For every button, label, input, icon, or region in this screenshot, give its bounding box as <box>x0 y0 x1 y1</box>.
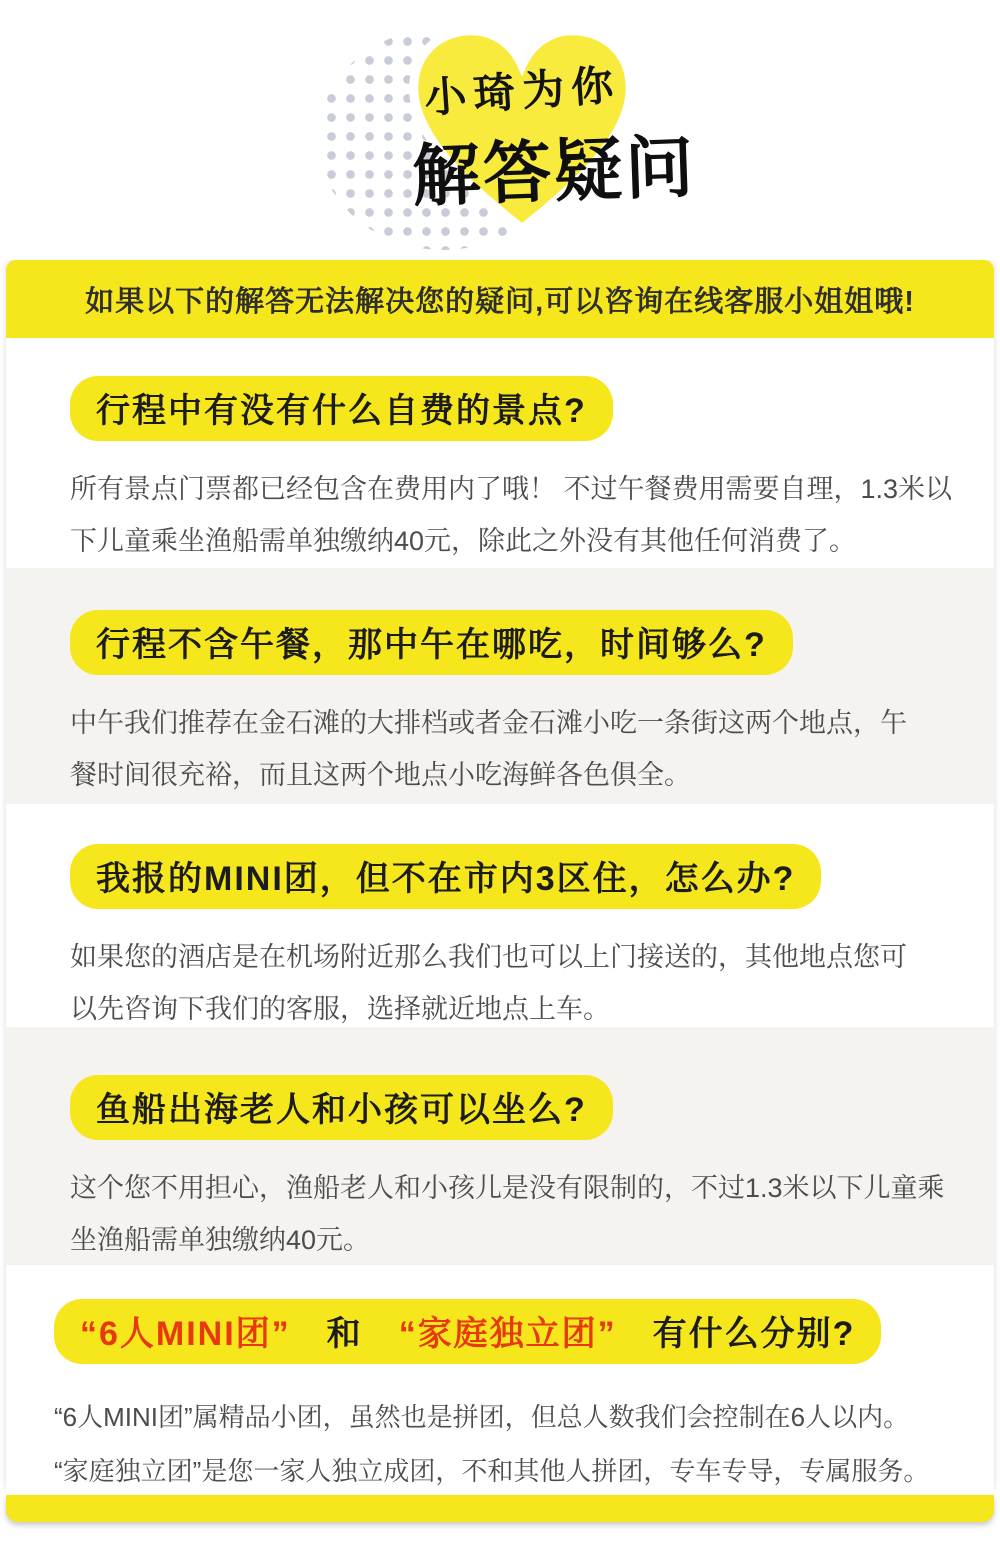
answer-line: 下儿童乘坐渔船需单独缴纳40元，除此之外没有其他任何消费了。 <box>70 515 944 567</box>
question-text-5-part-dark-2: 有什么分别? <box>617 1315 856 1353</box>
question-highlight-3: 我报的MINI团，但不在市内3区住，怎么办? <box>70 844 821 909</box>
hero-title: 解答疑问 <box>410 113 697 220</box>
question-text-1: 行程中有没有什么自费的景点? <box>96 392 587 430</box>
answer-line: “家庭独立团”是您一家人独立成团，不和其他人拼团，专车专导，专属服务。 <box>54 1444 944 1498</box>
question-highlight-2: 行程不含午餐，那中午在哪吃，时间够么? <box>70 610 793 675</box>
question-highlight-5: “6人MINI团” 和 “家庭独立团” 有什么分别? <box>54 1299 881 1364</box>
hero-header: 小琦为你 解答疑问 <box>0 0 1000 260</box>
faq-item-2: 行程不含午餐，那中午在哪吃，时间够么? 中午我们推荐在金石滩的大排档或者金石滩小… <box>6 568 994 804</box>
faq-card: 如果以下的解答无法解决您的疑问,可以咨询在线客服小姐姐哦! 行程中有没有什么自费… <box>6 260 994 1495</box>
answer-4: 这个您不用担心，渔船老人和小孩儿是没有限制的，不过1.3米以下儿童乘 坐渔船需单… <box>70 1162 944 1266</box>
question-highlight-1: 行程中有没有什么自费的景点? <box>70 376 613 441</box>
question-text-3: 我报的MINI团，但不在市内3区住，怎么办? <box>96 860 795 898</box>
answer-line: 所有景点门票都已经包含在费用内了哦！ 不过午餐费用需要自理，1.3米以 <box>70 463 944 515</box>
question-text-5-part-dark-1: 和 <box>291 1315 399 1353</box>
faq-item-5: “6人MINI团” 和 “家庭独立团” 有什么分别? “6人MINI团”属精品小… <box>6 1265 994 1495</box>
answer-line: 坐渔船需单独缴纳40元。 <box>70 1214 944 1266</box>
faq-item-1: 行程中有没有什么自费的景点? 所有景点门票都已经包含在费用内了哦！ 不过午餐费用… <box>6 338 994 568</box>
answer-3: 如果您的酒店是在机场附近那么我们也可以上门接送的，其他地点您可 以先咨询下我们的… <box>70 931 944 1035</box>
answer-5: “6人MINI团”属精品小团，虽然也是拼团，但总人数我们会控制在6人以内。 “家… <box>54 1390 944 1498</box>
question-text-5-part-red-1: “6人MINI团” <box>80 1315 291 1353</box>
faq-item-4: 鱼船出海老人和小孩可以坐么? 这个您不用担心，渔船老人和小孩儿是没有限制的，不过… <box>6 1027 994 1265</box>
answer-1: 所有景点门票都已经包含在费用内了哦！ 不过午餐费用需要自理，1.3米以 下儿童乘… <box>70 463 944 567</box>
faq-item-3: 我报的MINI团，但不在市内3区住，怎么办? 如果您的酒店是在机场附近那么我们也… <box>6 804 994 1027</box>
answer-line: 这个您不用担心，渔船老人和小孩儿是没有限制的，不过1.3米以下儿童乘 <box>70 1162 944 1214</box>
answer-line: 中午我们推荐在金石滩的大排档或者金石滩小吃一条街这两个地点，午 <box>70 697 944 749</box>
footer-accent-bar <box>6 1495 994 1522</box>
question-text-2: 行程不含午餐，那中午在哪吃，时间够么? <box>96 626 767 664</box>
question-text-4: 鱼船出海老人和小孩可以坐么? <box>96 1091 587 1129</box>
question-highlight-4: 鱼船出海老人和小孩可以坐么? <box>70 1075 613 1140</box>
notice-banner: 如果以下的解答无法解决您的疑问,可以咨询在线客服小姐姐哦! <box>6 260 994 338</box>
answer-2: 中午我们推荐在金石滩的大排档或者金石滩小吃一条街这两个地点，午 餐时间很充裕，而… <box>70 697 944 801</box>
question-text-5-part-red-2: “家庭独立团” <box>399 1315 617 1353</box>
notice-text: 如果以下的解答无法解决您的疑问,可以咨询在线客服小姐姐哦! <box>85 279 915 320</box>
answer-line: “6人MINI团”属精品小团，虽然也是拼团，但总人数我们会控制在6人以内。 <box>54 1390 944 1444</box>
answer-line: 餐时间很充裕，而且这两个地点小吃海鲜各色俱全。 <box>70 749 944 801</box>
answer-line: 如果您的酒店是在机场附近那么我们也可以上门接送的，其他地点您可 <box>70 931 944 983</box>
